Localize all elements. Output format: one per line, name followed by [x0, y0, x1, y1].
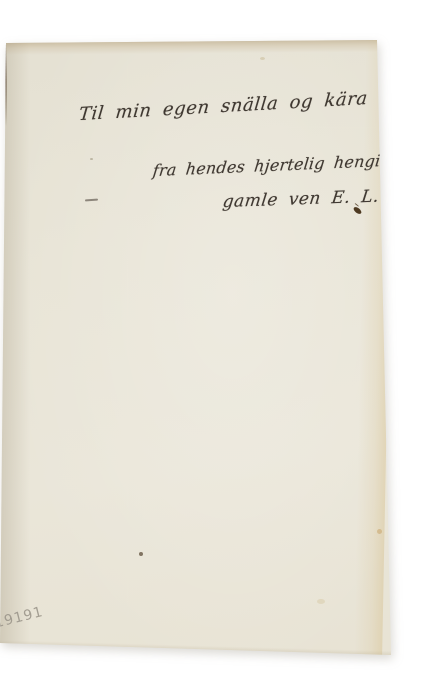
foxing-spot: [260, 57, 265, 60]
spine-edge: [0, 41, 7, 126]
page-top-edge: [0, 37, 381, 55]
flyleaf-page: Til min egen snälla og kära ven W — fra …: [0, 0, 423, 700]
foxing-spot: [90, 158, 93, 160]
gutter-shadow: [0, 42, 30, 647]
book-photo: Til min egen snälla og kära ven W — fra …: [0, 0, 423, 700]
page-bottom-edge: [0, 640, 395, 667]
fore-edge-stain: [354, 36, 394, 661]
foxing-spot: [377, 529, 382, 534]
foxing-spot: [139, 552, 143, 556]
stray-ink-dash: [85, 199, 98, 202]
foxing-spot: [317, 599, 325, 604]
page-wrap: Til min egen snälla og kära ven W — fra …: [0, 0, 423, 700]
